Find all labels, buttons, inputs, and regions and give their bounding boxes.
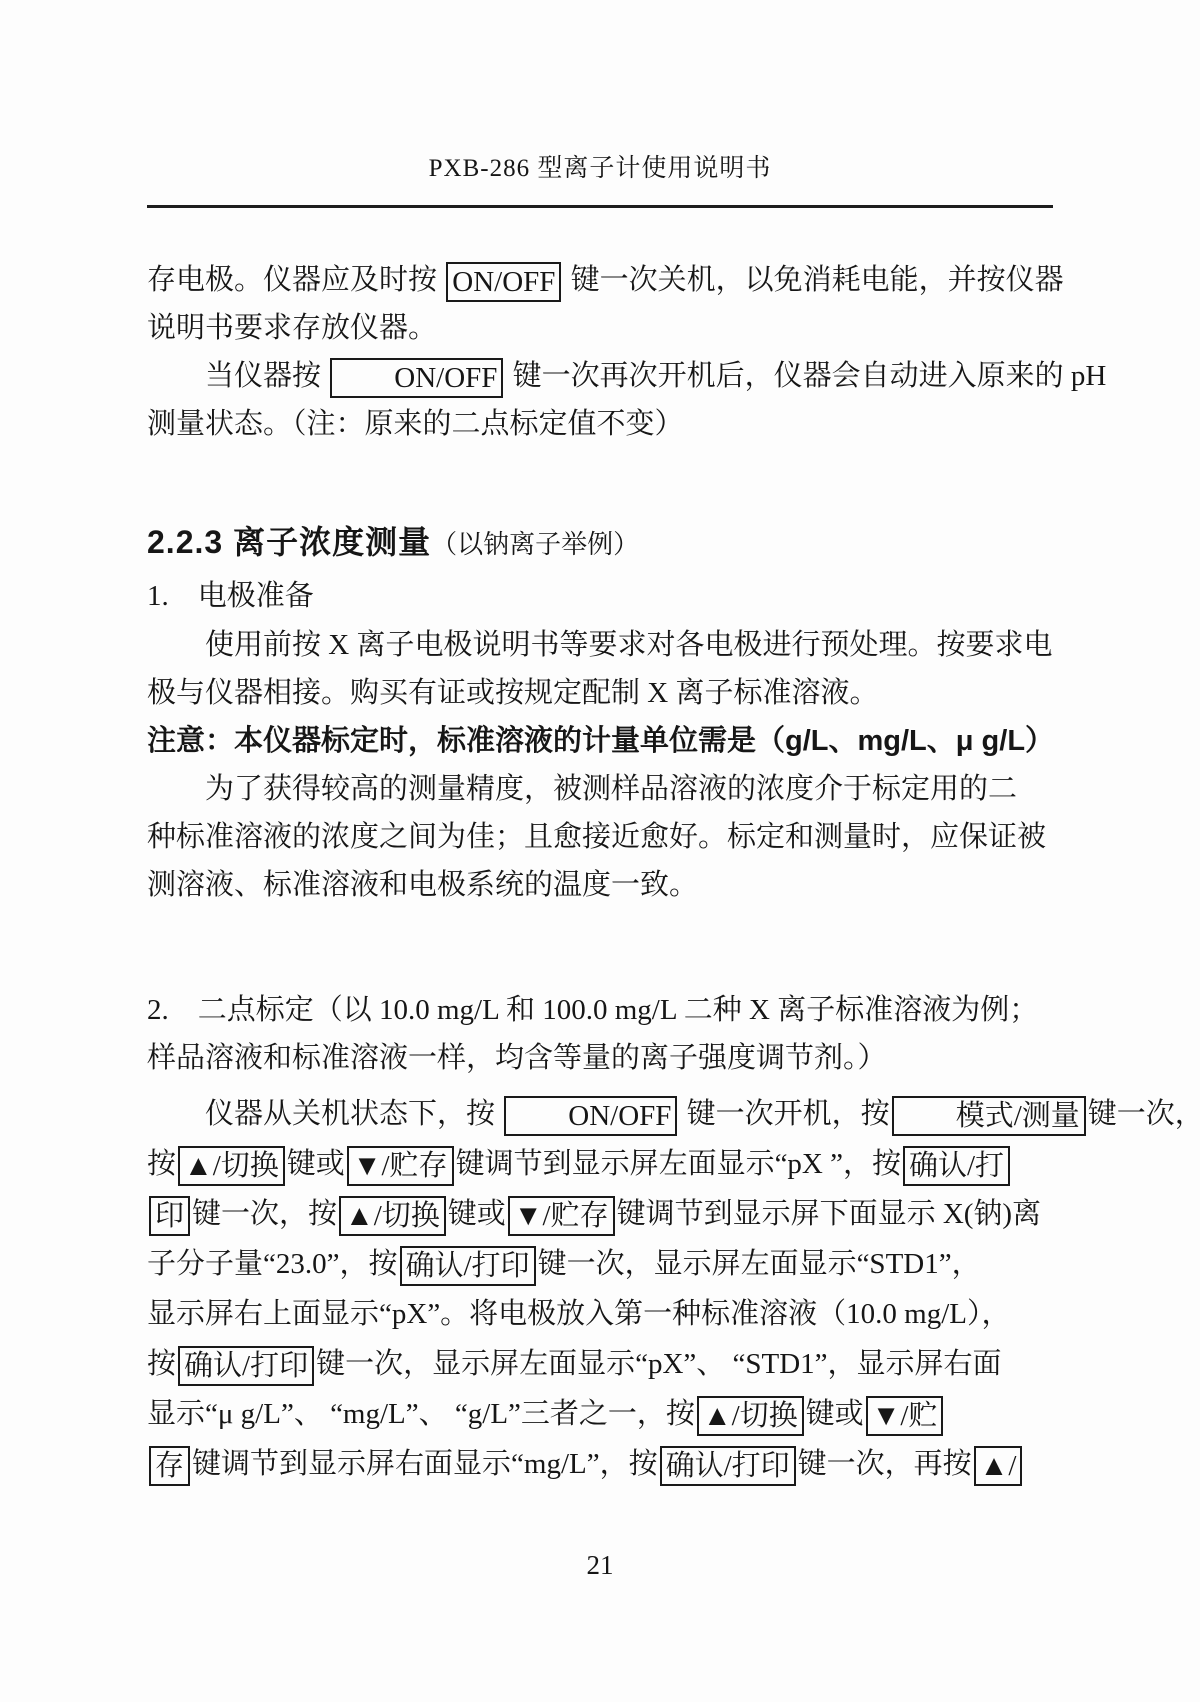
key-on-off: ON/OFF bbox=[446, 262, 561, 302]
text-run: 键一次关机，以免消耗电能，并按仪器 bbox=[563, 264, 1063, 296]
document-body: 存电极。仪器应及时按 ON/OFF 键一次关机，以免消耗电能，并按仪器说明书要求… bbox=[147, 256, 1067, 1489]
text-run: 键一次，按 bbox=[192, 1198, 337, 1230]
key-down-store-part1: ▼/贮 bbox=[866, 1396, 944, 1436]
key-down-store: ▼/贮存 bbox=[347, 1146, 454, 1186]
text-run: 测量状态。（注：原来的二点标定值不变） bbox=[147, 408, 684, 440]
text-line: 为了获得较高的测量精度，被测样品溶液的浓度介于标定用的二 bbox=[147, 765, 1067, 813]
text-line: 极与仪器相接。购买有证或按规定配制 X 离子标准溶液。 bbox=[147, 669, 1067, 717]
text-line: 测量状态。（注：原来的二点标定值不变） bbox=[147, 400, 1067, 448]
text-run: 键调节到显示屏下面显示 X(钠)离 bbox=[617, 1198, 1042, 1230]
key-down-store: ▼/贮存 bbox=[508, 1196, 615, 1236]
text-run: 键调节到显示屏左面显示“pX ”，按 bbox=[456, 1148, 901, 1180]
text-line: 种标准溶液的浓度之间为佳；且愈接近愈好。标定和测量时，应保证被 bbox=[147, 813, 1067, 861]
page-number: 21 bbox=[0, 1548, 1200, 1582]
text-run: 种标准溶液的浓度之间为佳；且愈接近愈好。标定和测量时，应保证被 bbox=[147, 821, 1046, 853]
text-run: 2. 二点标定（以 10.0 mg/L 和 100.0 mg/L 二种 X 离子… bbox=[147, 994, 1038, 1026]
text-run: 仪器从关机状态下，按 bbox=[205, 1098, 502, 1130]
text-run: 键一次，显示屏左面显示“pX”、 “STD1”，显示屏右面 bbox=[316, 1348, 1001, 1380]
text-line: 2.2.3 离子浓度测量（以钠离子举例） bbox=[147, 516, 1067, 571]
text-run: 键一次， bbox=[1088, 1098, 1200, 1130]
text-run: 当仪器按 bbox=[205, 360, 328, 392]
text-line: 按▲/切换键或▼/贮存键调节到显示屏左面显示“pX ”，按确认/打 bbox=[147, 1139, 1067, 1189]
text-line: 存键调节到显示屏右面显示“mg/L”，按确认/打印键一次，再按▲/ bbox=[147, 1439, 1067, 1489]
text-line: 2. 二点标定（以 10.0 mg/L 和 100.0 mg/L 二种 X 离子… bbox=[147, 986, 1067, 1034]
text-line: 使用前按 X 离子电极说明书等要求对各电极进行预处理。按要求电 bbox=[147, 621, 1067, 669]
text-run: 注意：本仪器标定时，标准溶液的计量单位需是（g/L、mg/L、μ g/L） bbox=[147, 725, 1054, 757]
text-line: 测溶液、标准溶液和电极系统的温度一致。 bbox=[147, 861, 1067, 909]
text-line: 说明书要求存放仪器。 bbox=[147, 304, 1067, 352]
text-line: 仪器从关机状态下，按 ON/OFF 键一次开机，按模式/测量键一次， bbox=[147, 1089, 1067, 1139]
text-line: 印键一次，按▲/切换键或▼/贮存键调节到显示屏下面显示 X(钠)离 bbox=[147, 1189, 1067, 1239]
text-run: 说明书要求存放仪器。 bbox=[147, 312, 437, 344]
key-confirm-print: 确认/打印 bbox=[660, 1446, 796, 1486]
text-run: 键或 bbox=[806, 1398, 864, 1430]
text-line: 显示屏右上面显示“pX”。将电极放入第一种标准溶液（10.0 mg/L）， bbox=[147, 1289, 1067, 1339]
text-line: 当仪器按 ON/OFF 键一次再次开机后，仪器会自动进入原来的 pH bbox=[147, 352, 1067, 400]
text-run: 测溶液、标准溶液和电极系统的温度一致。 bbox=[147, 869, 698, 901]
text-line: 按确认/打印键一次，显示屏左面显示“pX”、 “STD1”，显示屏右面 bbox=[147, 1339, 1067, 1389]
text-run: 键一次开机，按 bbox=[679, 1098, 889, 1130]
text-run: 为了获得较高的测量精度，被测样品溶液的浓度介于标定用的二 bbox=[205, 773, 1017, 805]
key-confirm-print-part2: 印 bbox=[149, 1196, 190, 1236]
key-on-off: ON/OFF bbox=[330, 358, 503, 398]
key-mode-measure: 模式/测量 bbox=[892, 1096, 1086, 1136]
manual-page: PXB-286 型离子计使用说明书 存电极。仪器应及时按 ON/OFF 键一次关… bbox=[0, 0, 1200, 1702]
text-run: 键调节到显示屏右面显示“mg/L”，按 bbox=[192, 1448, 658, 1480]
key-up-switch-part1: ▲/ bbox=[974, 1446, 1023, 1486]
text-run: 样品溶液和标准溶液一样，均含等量的离子强度调节剂。） bbox=[147, 1042, 887, 1074]
key-on-off: ON/OFF bbox=[504, 1096, 677, 1136]
heading-main: 2.2.3 离子浓度测量 bbox=[147, 524, 431, 560]
text-run: 显示屏右上面显示“pX”。将电极放入第一种标准溶液（10.0 mg/L）， bbox=[147, 1298, 1011, 1330]
block-paragraph: 存电极。仪器应及时按 ON/OFF 键一次关机，以免消耗电能，并按仪器说明书要求… bbox=[147, 256, 1067, 352]
block-numbered-paragraph: 2. 二点标定（以 10.0 mg/L 和 100.0 mg/L 二种 X 离子… bbox=[147, 986, 1067, 1082]
heading-sub: （以钠离子举例） bbox=[431, 530, 639, 559]
text-run: 键一次，再按 bbox=[798, 1448, 972, 1480]
key-confirm-print: 确认/打印 bbox=[400, 1246, 536, 1286]
block-paragraph-indent: 当仪器按 ON/OFF 键一次再次开机后，仪器会自动进入原来的 pH测量状态。（… bbox=[147, 352, 1067, 448]
text-run: 按 bbox=[147, 1148, 176, 1180]
text-line: 样品溶液和标准溶液一样，均含等量的离子强度调节剂。） bbox=[147, 1034, 1067, 1082]
block-section-heading: 2.2.3 离子浓度测量（以钠离子举例） bbox=[147, 516, 1067, 571]
text-line: 显示“μ g/L”、 “mg/L”、 “g/L”三者之一，按▲/切换键或▼/贮 bbox=[147, 1389, 1067, 1439]
key-down-store-part2: 存 bbox=[149, 1446, 190, 1486]
text-run: 按 bbox=[147, 1348, 176, 1380]
page-header-title: PXB-286 型离子计使用说明书 bbox=[0, 148, 1200, 184]
key-confirm-print-part1: 确认/打 bbox=[903, 1146, 1010, 1186]
text-run: 键或 bbox=[287, 1148, 345, 1180]
text-run: 显示“μ g/L”、 “mg/L”、 “g/L”三者之一，按 bbox=[147, 1398, 695, 1430]
header-divider bbox=[147, 205, 1053, 208]
key-confirm-print: 确认/打印 bbox=[178, 1346, 314, 1386]
key-up-switch: ▲/切换 bbox=[339, 1196, 446, 1236]
key-up-switch: ▲/切换 bbox=[178, 1146, 285, 1186]
text-run: 键一次再次开机后，仪器会自动进入原来的 pH bbox=[505, 360, 1106, 392]
block-paragraph-indent: 为了获得较高的测量精度，被测样品溶液的浓度介于标定用的二种标准溶液的浓度之间为佳… bbox=[147, 765, 1067, 909]
text-line: 注意：本仪器标定时，标准溶液的计量单位需是（g/L、mg/L、μ g/L） bbox=[147, 717, 1067, 765]
text-run: 键或 bbox=[448, 1198, 506, 1230]
text-line: 存电极。仪器应及时按 ON/OFF 键一次关机，以免消耗电能，并按仪器 bbox=[147, 256, 1067, 304]
text-line: 1. 电极准备 bbox=[147, 571, 1067, 621]
key-up-switch: ▲/切换 bbox=[697, 1396, 804, 1436]
text-run: 存电极。仪器应及时按 bbox=[147, 264, 444, 296]
text-run: 1. 电极准备 bbox=[147, 580, 314, 612]
text-run: 极与仪器相接。购买有证或按规定配制 X 离子标准溶液。 bbox=[147, 677, 878, 709]
text-line: 子分子量“23.0”，按确认/打印键一次，显示屏左面显示“STD1”， bbox=[147, 1239, 1067, 1289]
block-numbered-item: 1. 电极准备 bbox=[147, 571, 1067, 621]
block-paragraph-indent: 使用前按 X 离子电极说明书等要求对各电极进行预处理。按要求电极与仪器相接。购买… bbox=[147, 621, 1067, 717]
text-run: 子分子量“23.0”，按 bbox=[147, 1248, 398, 1280]
block-notice: 注意：本仪器标定时，标准溶液的计量单位需是（g/L、mg/L、μ g/L） bbox=[147, 717, 1067, 765]
text-run: 使用前按 X 离子电极说明书等要求对各电极进行预处理。按要求电 bbox=[205, 629, 1052, 661]
block-procedure: 仪器从关机状态下，按 ON/OFF 键一次开机，按模式/测量键一次，按▲/切换键… bbox=[147, 1089, 1067, 1489]
text-run: 键一次，显示屏左面显示“STD1”， bbox=[538, 1248, 981, 1280]
